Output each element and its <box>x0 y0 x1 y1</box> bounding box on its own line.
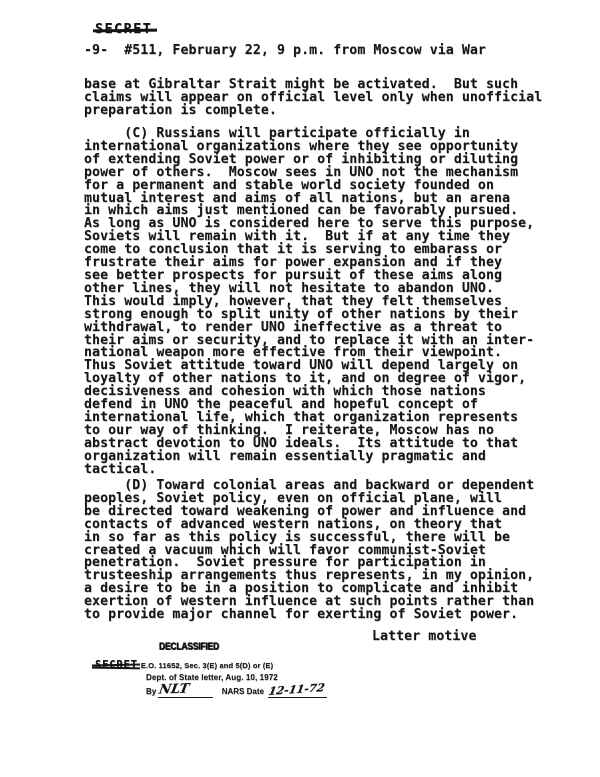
declassified-stamp: DECLASSIFIED <box>159 641 219 651</box>
paragraph-intro: base at Gibraltar Strait might be activa… <box>84 79 542 118</box>
paragraph-c: (C) Russians will participate officially… <box>84 128 534 476</box>
date-underline: 12-11-72 <box>268 684 327 698</box>
document-page: SECRET -9- #511, February 22, 9 p.m. fro… <box>0 0 600 777</box>
dept-letter-line: Dept. of State letter, Aug. 10, 1972 <box>146 673 278 682</box>
handwritten-initials: NLT <box>158 683 190 696</box>
signature-line: By NLT NARS Date 12-11-72 <box>146 684 327 698</box>
classification-stamp-top: SECRET <box>95 23 152 36</box>
page-header-line: -9- #511, February 22, 9 p.m. from Mosco… <box>84 45 486 58</box>
by-label: By <box>146 687 156 696</box>
signature-underline: NLT <box>158 684 213 698</box>
eo-citation-line: SECRETE.O. 11652, Sec. 3(E) and 5(D) or … <box>95 655 273 673</box>
handwritten-date: 12-11-72 <box>268 682 326 697</box>
nars-date-label: NARS Date <box>222 687 264 696</box>
eo-citation-text: E.O. 11652, Sec. 3(E) and 5(D) or (E) <box>141 661 273 670</box>
classification-stamp-struck: SECRET <box>95 660 138 671</box>
paragraph-d: (D) Toward colonial areas and backward o… <box>84 480 534 622</box>
closing-phrase: Latter motive <box>372 631 477 644</box>
